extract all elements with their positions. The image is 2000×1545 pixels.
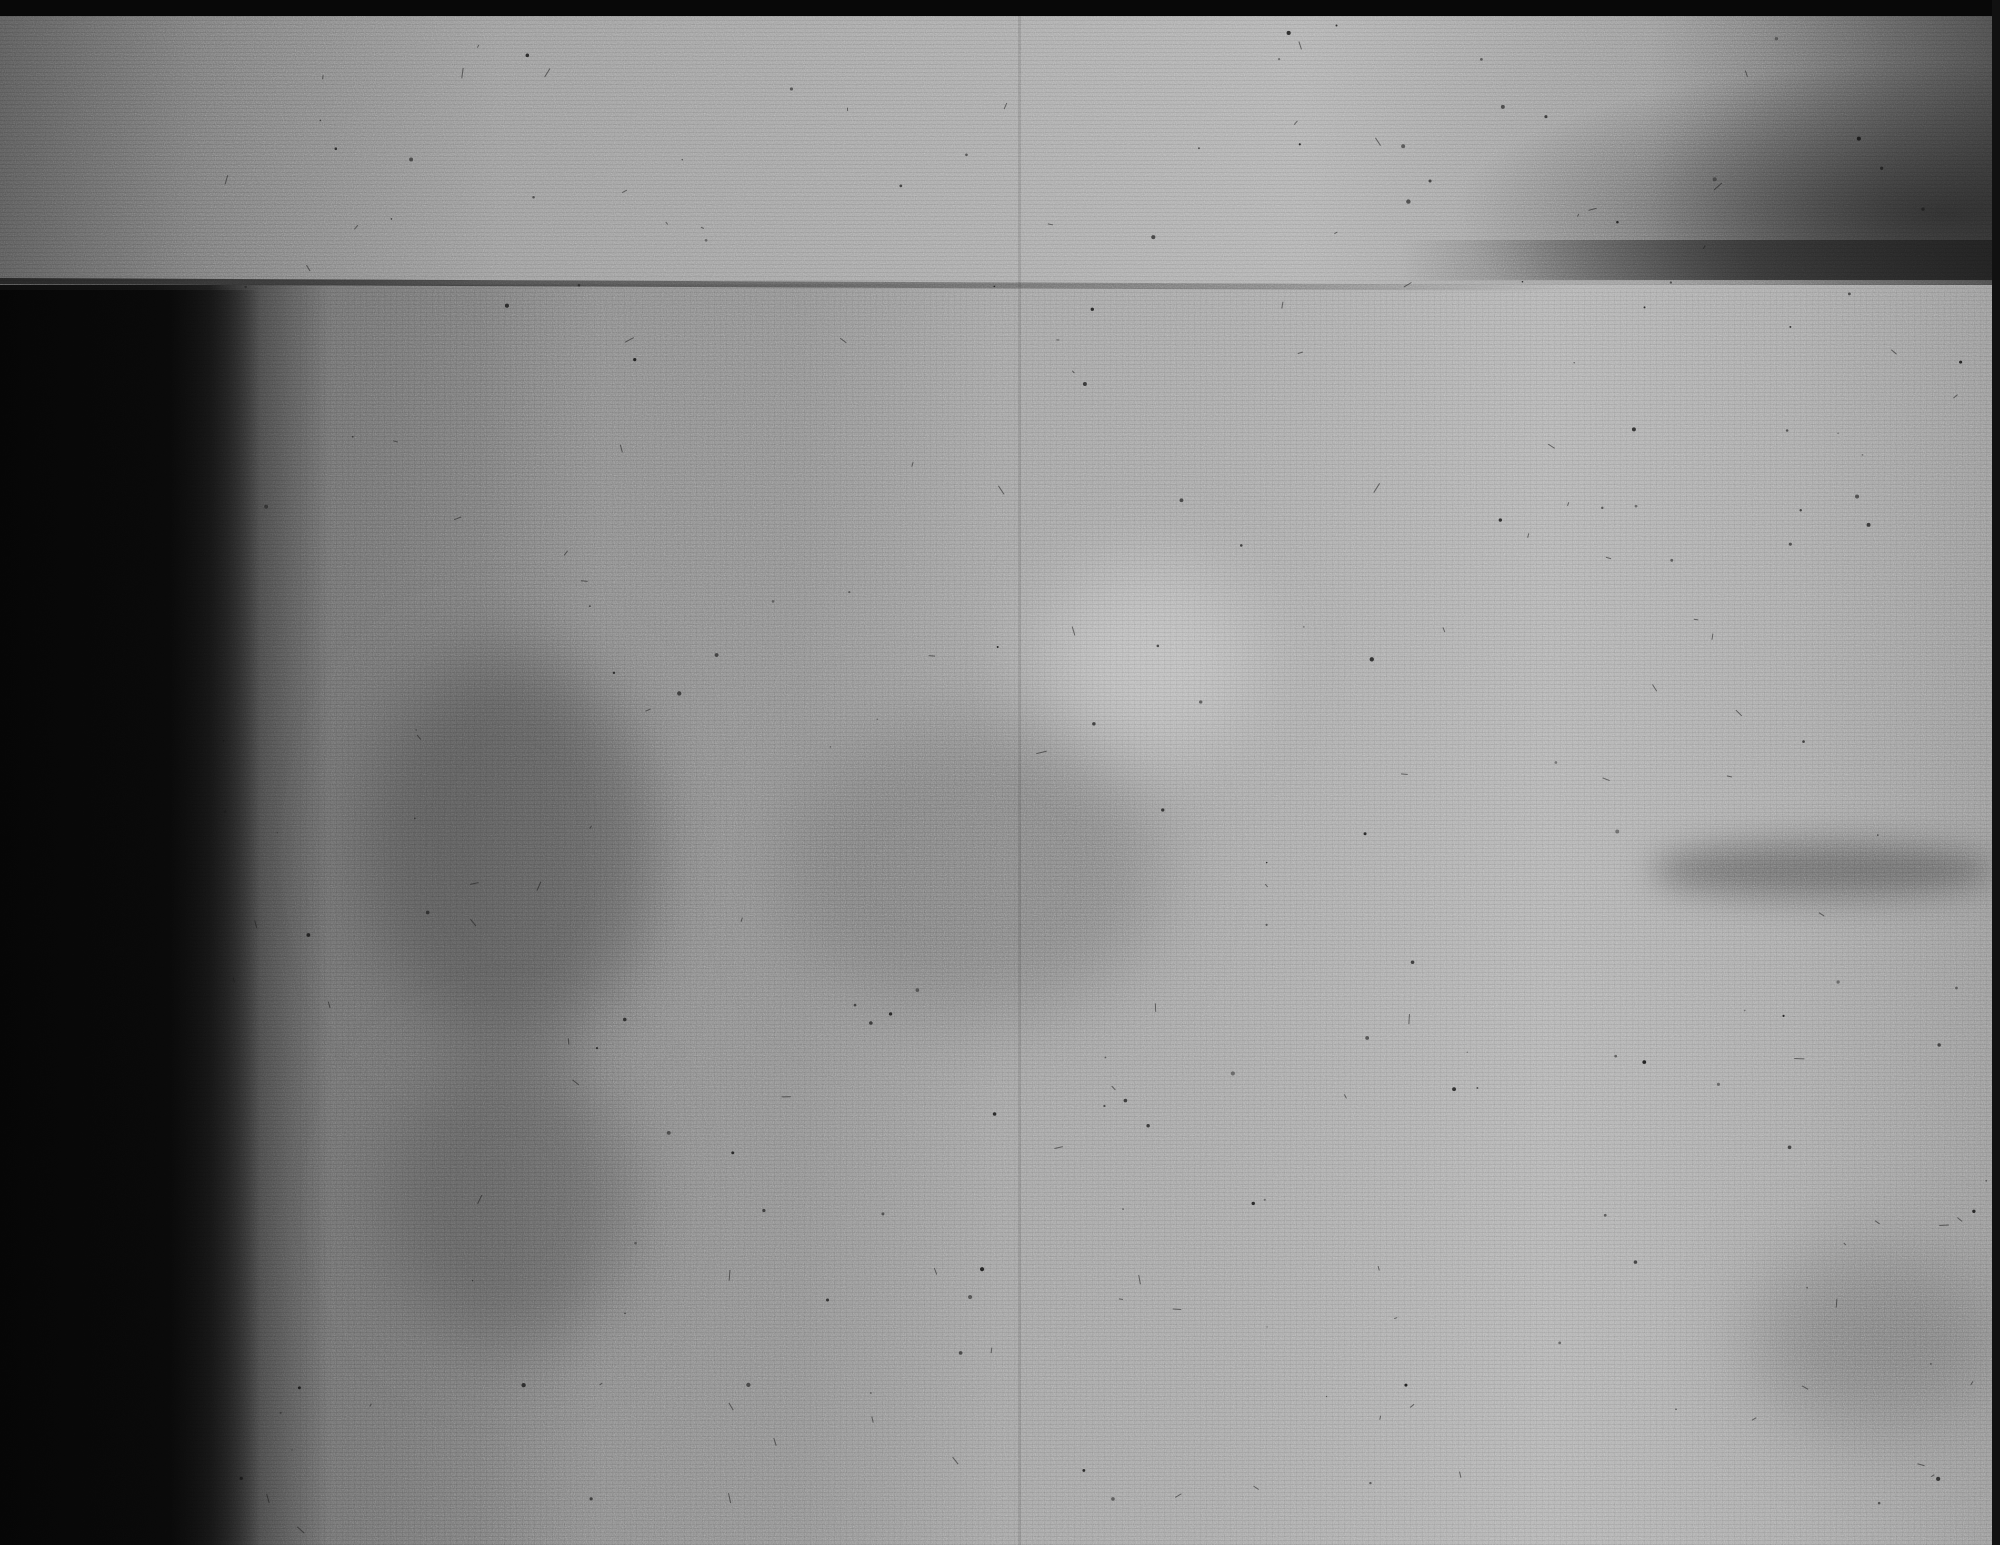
right-border [1992, 0, 2000, 1545]
top-border [0, 0, 2000, 16]
grunge-texture [0, 0, 2000, 1545]
dust-specks [0, 0, 2000, 1545]
